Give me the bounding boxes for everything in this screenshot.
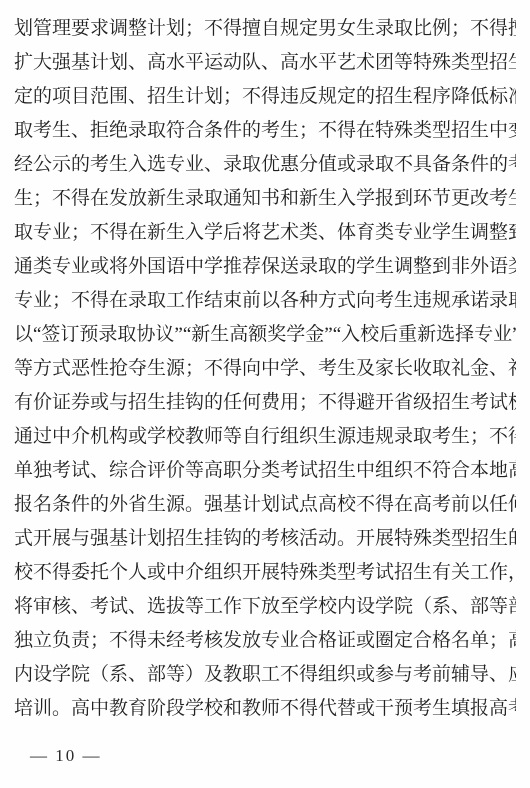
text-line: 扩大强基计划、高水平运动队、高水平艺术团等特殊类型招生规 (14, 46, 516, 80)
text-line: 内设学院（系、部等）及教职工不得组织或参与考前辅导、应试 (14, 658, 516, 692)
body-text: 划管理要求调整计划；不得擅自规定男女生录取比例；不得擅自 扩大强基计划、高水平运… (14, 12, 516, 726)
text-line: 经公示的考生入选专业、录取优惠分值或录取不具备条件的考 (14, 148, 516, 182)
text-line: 等方式恶性抢夺生源；不得向中学、考生及家长收取礼金、礼品、 (14, 352, 516, 386)
text-line: 取专业；不得在新生入学后将艺术类、体育类专业学生调整到普 (14, 216, 516, 250)
text-line: 校不得委托个人或中介组织开展特殊类型考试招生有关工作，或 (14, 556, 516, 590)
text-line: 单独考试、综合评价等高职分类考试招生中组织不符合本地高考 (14, 454, 516, 488)
text-line: 生；不得在发放新生录取通知书和新生入学报到环节更改考生录 (14, 182, 516, 216)
text-line: 划管理要求调整计划；不得擅自规定男女生录取比例；不得擅自 (14, 12, 516, 46)
text-line: 将审核、考试、选拔等工作下放至学校内设学院（系、部等部门） (14, 590, 516, 624)
text-line: 式开展与强基计划招生挂钩的考核活动。开展特殊类型招生的高 (14, 522, 516, 556)
text-line: 培训。高中教育阶段学校和教师不得代替或干预考生填报高考志 (14, 692, 516, 726)
text-line: 专业；不得在录取工作结束前以各种方式向考生违规承诺录取或 (14, 284, 516, 318)
document-page: 划管理要求调整计划；不得擅自规定男女生录取比例；不得擅自 扩大强基计划、高水平运… (0, 0, 530, 788)
text-line: 以“签订预录取协议”“新生高额奖学金”“入校后重新选择专业” (14, 318, 516, 352)
text-line: 取考生、拒绝录取符合条件的考生；不得在特殊类型招生中变更 (14, 114, 516, 148)
text-line: 报名条件的外省生源。强基计划试点高校不得在高考前以任何形 (14, 488, 516, 522)
text-line: 有价证券或与招生挂钩的任何费用；不得避开省级招生考试机构 (14, 386, 516, 420)
text-line: 通过中介机构或学校教师等自行组织生源违规录取考生；不得在 (14, 420, 516, 454)
page-number: — 10 — (30, 746, 102, 766)
text-line: 通类专业或将外国语中学推荐保送录取的学生调整到非外语类 (14, 250, 516, 284)
text-line: 独立负责；不得未经考核发放专业合格证或圈定合格名单；高校、 (14, 624, 516, 658)
text-line: 定的项目范围、招生计划；不得违反规定的招生程序降低标准录 (14, 80, 516, 114)
